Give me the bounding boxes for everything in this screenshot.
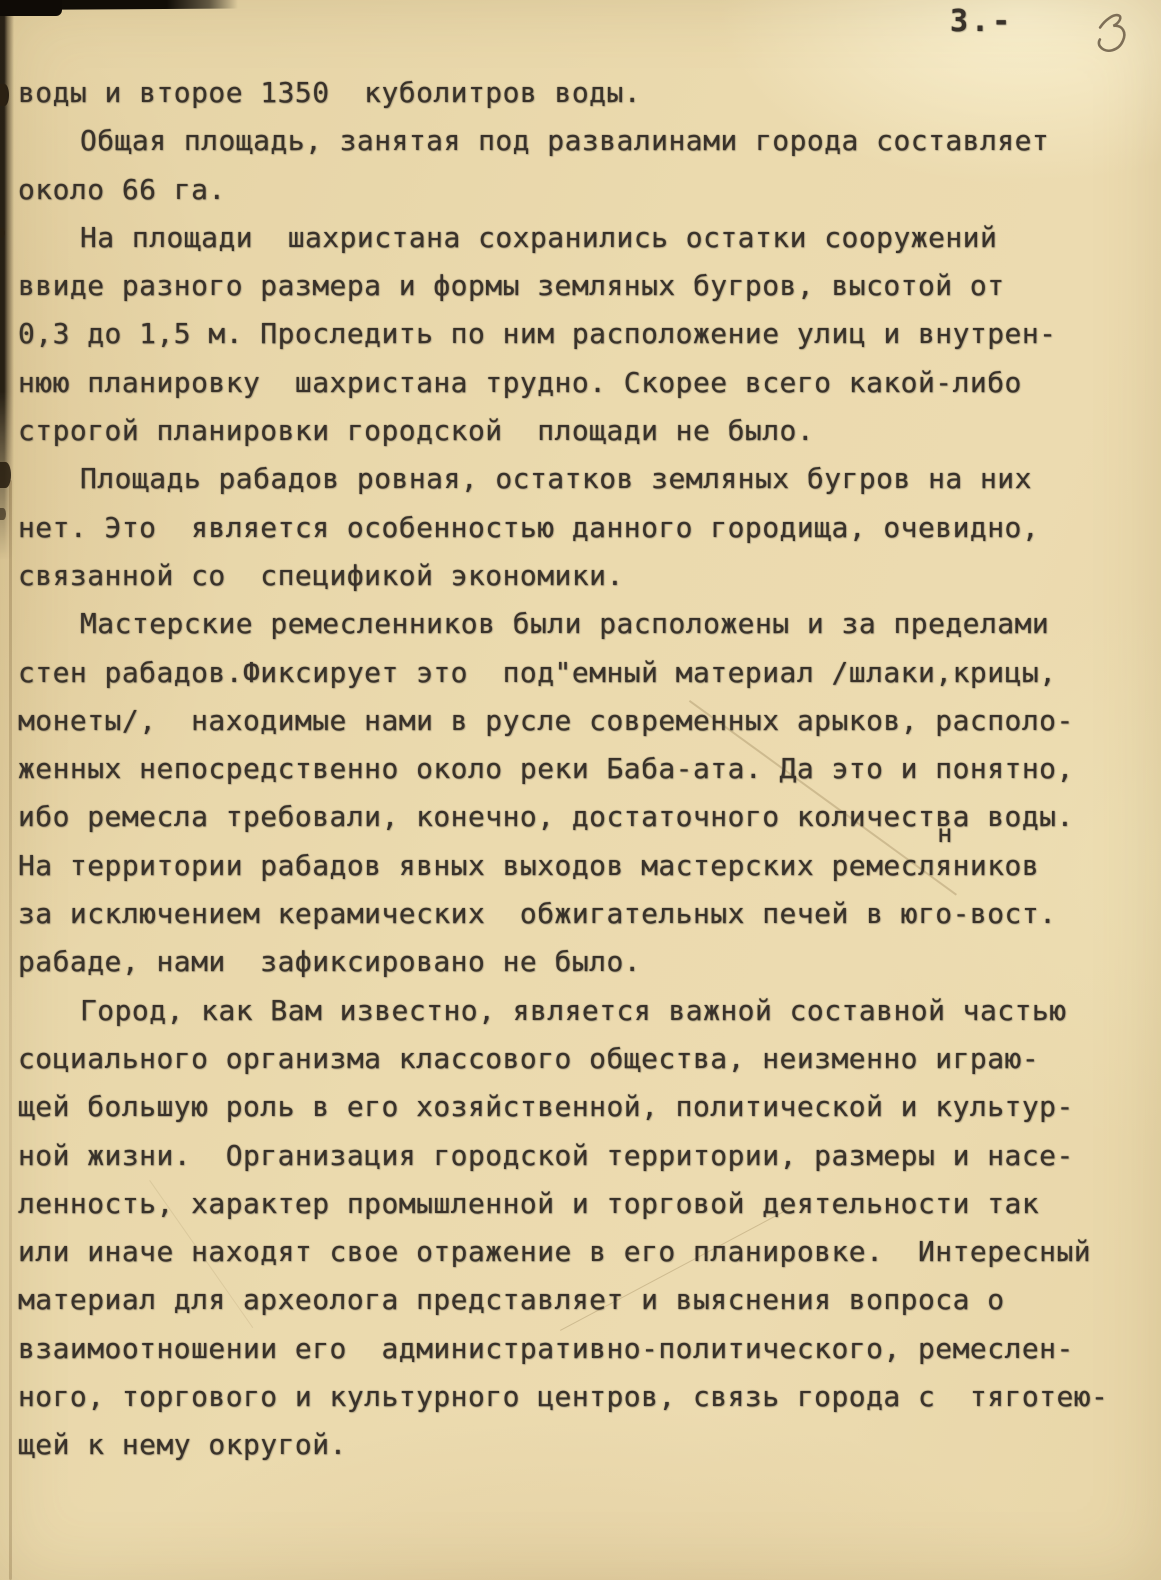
text-line: ной жизни. Организация городской террито…: [18, 1132, 1138, 1180]
text-line: около 66 га.: [18, 166, 1138, 214]
text-line: нюю планировку шахристана трудно. Скорее…: [18, 359, 1138, 407]
text-line: или иначе находят свое отражение в его п…: [18, 1228, 1138, 1276]
text-line: рабаде, нами зафиксировано не было.: [18, 938, 1138, 986]
typed-correction: ян: [935, 842, 952, 890]
page-number-typed: 3.-: [950, 4, 1013, 39]
scan-edge-corner: [0, 0, 62, 16]
text-line: монеты/, находимые нами в русле современ…: [18, 697, 1138, 745]
text-line: за исключением керамических обжигательны…: [18, 890, 1138, 938]
text-line: ного, торгового и культурного центров, с…: [18, 1373, 1138, 1421]
text-segment: ников: [953, 849, 1040, 882]
text-line: 0,3 до 1,5 м. Проследить по ним располож…: [18, 310, 1138, 358]
edge-stain: [0, 84, 9, 106]
edge-stain: [0, 508, 6, 520]
text-line: социального организма классового обществ…: [18, 1035, 1138, 1083]
text-line: строгой планировки городской площади не …: [18, 407, 1138, 455]
text-line: взаимоотношении его административно-поли…: [18, 1325, 1138, 1373]
correction-letter: н: [937, 821, 952, 846]
text-line: щей к нему округой.: [18, 1421, 1138, 1469]
scanned-document-page: 3.- воды и второе 1350 куболитров воды.О…: [0, 0, 1161, 1580]
text-line: женных непосредственно около реки Баба-а…: [18, 745, 1138, 793]
text-line: щей большую роль в его хозяйственной, по…: [18, 1083, 1138, 1131]
text-line: ибо ремесла требовали, конечно, достаточ…: [18, 793, 1138, 841]
text-line: Мастерские ремесленников были расположен…: [18, 600, 1138, 648]
text-line: На территории рабадов явных выходов маст…: [18, 842, 1138, 890]
text-line: На площади шахристана сохранились остатк…: [18, 214, 1138, 262]
text-line: связанной со спецификой экономики.: [18, 552, 1138, 600]
text-line: Общая площадь, занятая под развалинами г…: [18, 117, 1138, 165]
text-line: нет. Это является особенностью данного г…: [18, 504, 1138, 552]
paper-crease: [9, 480, 12, 1580]
text-line: ввиде разного размера и формы земляных б…: [18, 262, 1138, 310]
text-line: стен рабадов.Фиксирует это под"емный мат…: [18, 649, 1138, 697]
text-line: материал для археолога представляет и вы…: [18, 1276, 1138, 1324]
edge-stain: [0, 462, 11, 488]
text-segment: На территории рабадов явных выходов маст…: [18, 849, 935, 882]
text-line: Город, как Вам известно, является важной…: [18, 987, 1138, 1035]
document-text: воды и второе 1350 куболитров воды.Общая…: [18, 69, 1138, 1470]
text-line: Площадь рабадов ровная, остатков земляны…: [18, 455, 1138, 503]
edge-stain: [0, 228, 5, 238]
text-segment: я: [935, 849, 952, 882]
page-number-handwritten-icon: [1089, 8, 1139, 70]
text-line: ленность, характер промышленной и торгов…: [18, 1180, 1138, 1228]
text-line: воды и второе 1350 куболитров воды.: [18, 69, 1138, 117]
